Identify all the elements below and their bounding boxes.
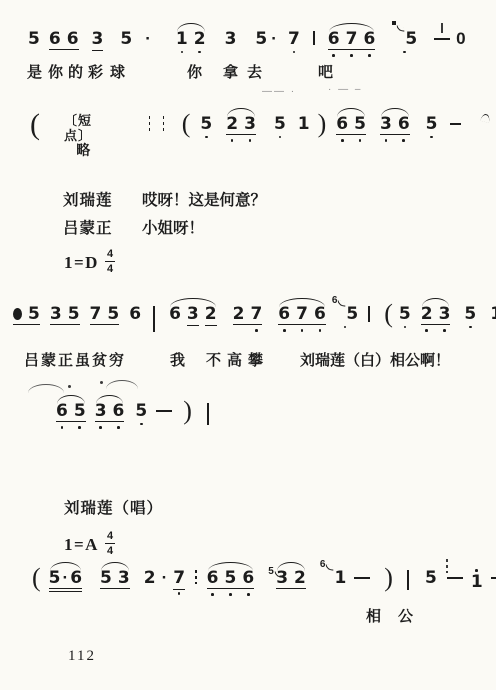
note-6: 6: [207, 569, 219, 596]
note-row: 7: [346, 30, 358, 48]
note-7: 7: [173, 569, 185, 595]
note-digit: 3: [95, 402, 107, 420]
group-row: 23: [226, 115, 256, 142]
octave-dots-below: [425, 329, 428, 332]
note-row: 3: [187, 305, 199, 323]
note-row: 2: [144, 569, 156, 587]
lyric-text: 球: [110, 64, 125, 82]
note-6: 6: [113, 402, 125, 429]
note-digit: 2: [233, 305, 245, 323]
note-digit: 6: [278, 305, 290, 323]
note-digit: 2: [144, 569, 156, 587]
note-group: 27: [233, 305, 263, 332]
note-row: 5: [28, 30, 40, 48]
octave-dots-below: [404, 326, 407, 329]
note-group: 36: [380, 115, 410, 142]
note-5: 5: [107, 305, 119, 323]
note-6: 6: [49, 30, 61, 48]
octave-dot: [430, 136, 433, 139]
note-digit: 3: [276, 569, 288, 587]
note-row: 2: [233, 305, 245, 323]
note-5: 5: [120, 30, 132, 48]
octave-dot: [359, 139, 362, 142]
annotation-bottom: 略: [76, 143, 90, 158]
group-row: 676: [328, 30, 376, 57]
group-row: 676: [278, 305, 326, 332]
octave-dots-below: [430, 136, 433, 139]
bar-line: [153, 306, 155, 332]
octave-dot: [249, 139, 252, 142]
note-row: 5: [426, 115, 438, 133]
octave-dots-below: [140, 423, 143, 426]
speaker-name: 刘瑞莲: [63, 192, 113, 209]
decor-arc: [106, 380, 138, 389]
music-text: ·: [271, 30, 277, 48]
octave-dots-below: [332, 54, 335, 57]
group-row: 12: [176, 30, 206, 53]
note-digit: 6: [49, 30, 61, 48]
note-row: 6: [328, 30, 340, 48]
parenthesis: (: [30, 111, 40, 138]
octave-dot: [403, 51, 406, 54]
note-row: 5: [392, 30, 417, 48]
octave-dot: [301, 329, 304, 332]
note-digit: 6: [398, 115, 410, 133]
note-row: 6: [129, 305, 141, 323]
parenthesis: (: [32, 566, 41, 590]
note-2: 2: [205, 305, 217, 326]
note-digit: 7: [173, 569, 185, 587]
note-5: 5: [74, 402, 86, 429]
group-beam-underline: [336, 134, 366, 135]
bar-line: [313, 31, 315, 45]
page-number: 112: [68, 648, 96, 665]
dashed-bar-line: [163, 116, 164, 131]
note-5: 5: [100, 569, 112, 587]
note-row: 5: [354, 115, 366, 133]
note-3: 3: [118, 569, 130, 587]
note-1: 1: [490, 305, 496, 323]
octave-dot: [61, 426, 64, 429]
note-row: 7: [90, 305, 102, 323]
note-group: 656: [207, 569, 255, 596]
note-5: 5: [426, 115, 438, 138]
octave-dot: [279, 136, 282, 139]
note-digit: 6: [67, 30, 79, 48]
note-2: 2: [144, 569, 156, 587]
note-row: 5: [255, 30, 267, 48]
group-beam-underline: [207, 588, 255, 589]
octave-dots-below: [178, 592, 181, 595]
key-signature-1: 1=D 44: [64, 250, 115, 276]
note-row: 5: [464, 305, 476, 323]
music-line-2: (〔短点〕略(52351)65365: [30, 115, 496, 158]
note-1: 1: [176, 30, 188, 53]
octave-dots-below: [341, 139, 344, 142]
octave-dot: [181, 51, 184, 54]
octave-dots-below: [279, 136, 282, 139]
octave-dot: [283, 329, 286, 332]
decor-dot: [100, 381, 103, 384]
lyric-text: 公: [398, 608, 413, 626]
parenthesis: (: [384, 302, 393, 326]
decor-gtext: —— ·: [262, 86, 296, 97]
octave-dots-below: [301, 329, 304, 332]
grace-digit: 6: [332, 296, 338, 306]
note-row: 2: [421, 305, 433, 323]
duration-dash: [354, 577, 370, 579]
group-beam-underline: [50, 324, 80, 325]
note-row: 5: [28, 305, 40, 323]
note-digit: 5: [49, 569, 61, 587]
group-row: 5: [13, 305, 40, 323]
beam-underline: [173, 589, 185, 590]
grace-digit: 6: [320, 560, 326, 570]
parenthesis: (: [182, 112, 191, 136]
octave-dot: [341, 139, 344, 142]
group-beam-underline: [276, 588, 306, 589]
group-row: 36: [95, 402, 125, 429]
note-5: 5: [200, 115, 212, 138]
note-7: 7: [250, 305, 262, 332]
note-row: 6: [398, 115, 410, 133]
dialog-row-2: 吕蒙正 小姐呀！: [63, 216, 113, 236]
note-5: 5: [425, 569, 437, 587]
note-digit: 3: [50, 305, 62, 323]
octave-dots-below: [469, 326, 472, 329]
note-digit: 1: [334, 569, 346, 587]
note-digit: 5: [107, 305, 119, 323]
parenthesis: ): [183, 399, 192, 423]
note-group: 75: [90, 305, 120, 323]
note-6: 6: [363, 30, 375, 57]
note-1: 1: [298, 115, 310, 133]
group-row: 632: [169, 305, 217, 326]
note-row: 3: [50, 305, 62, 323]
group-beam-underline: [90, 324, 120, 325]
time-sig-denominator: 4: [107, 544, 113, 557]
time-signature: 44: [105, 531, 115, 557]
note-6: 6: [398, 115, 410, 142]
note-row: 2: [205, 305, 217, 323]
time-sig-numerator: 4: [105, 249, 115, 262]
group-row: 32: [276, 569, 306, 587]
note-digit: 7: [296, 305, 308, 323]
octave-dots-below: [350, 54, 353, 57]
octave-dot: [205, 136, 208, 139]
octave-dot: [402, 139, 405, 142]
note-group: 36: [95, 402, 125, 429]
octave-dots-below: [344, 326, 347, 329]
grace-note: 6: [332, 296, 346, 306]
note-row: 5: [200, 115, 212, 133]
note-row: 6: [207, 569, 219, 587]
note-row: 7: [288, 30, 300, 48]
bar-line: [407, 570, 409, 590]
bar-line: [368, 306, 370, 322]
duration-dash: [156, 410, 172, 412]
note-group: 65: [56, 402, 86, 429]
note-digit: 5: [405, 30, 417, 48]
note-6: 6: [278, 305, 290, 332]
time-sig-numerator: 4: [105, 531, 115, 544]
note-digit: 6: [56, 402, 68, 420]
dialog-text: 小姐呀！: [142, 216, 204, 238]
note-group: 35: [50, 305, 80, 323]
group-row: 36: [380, 115, 410, 142]
note-group: 12: [176, 30, 206, 53]
note-group: 23: [421, 305, 451, 332]
key-prefix: 1=D: [64, 253, 99, 273]
note-row: 6: [278, 305, 290, 323]
note-6: 6: [336, 115, 348, 142]
octave-dots-below: [247, 593, 250, 596]
octave-dots-below: [99, 426, 102, 429]
solid-note-blob: [13, 308, 22, 320]
note-5: 5: [255, 30, 267, 48]
octave-dots-below: [211, 593, 214, 596]
group-row: 5·6: [49, 569, 82, 587]
octave-dots-below: [402, 139, 405, 142]
lyric-text: 去: [247, 64, 262, 82]
note-3: 3: [380, 115, 392, 142]
note-row: 5: [74, 402, 86, 420]
music-line-4: 65365): [56, 402, 209, 429]
note-2: 2: [226, 115, 238, 142]
duration-dash: [434, 38, 450, 40]
note-digit: 6: [336, 115, 348, 133]
note-5: 5: [49, 569, 61, 587]
grace-square: [392, 21, 396, 25]
note-digit: 7: [90, 305, 102, 323]
note-row: 61: [320, 569, 346, 587]
octave-dot: [425, 329, 428, 332]
note-digit: 6: [363, 30, 375, 48]
group-beam-underline: [49, 49, 79, 50]
grace-tie: [338, 300, 346, 308]
note-7: 7: [346, 30, 358, 57]
note-3: 3: [50, 305, 62, 323]
note-digit: 6: [70, 569, 82, 587]
note-6: 6: [56, 402, 68, 429]
note-digit: 5: [346, 305, 358, 323]
octave-dot: [469, 326, 472, 329]
key-signature-2: 1=A 44: [64, 532, 115, 558]
note-5: 5: [28, 30, 40, 48]
note-7: 7: [296, 305, 308, 332]
note-digit: 2: [226, 115, 238, 133]
lyric-text: 刘瑞莲（白）相公啊！: [300, 352, 450, 370]
note-digit: 2: [205, 305, 217, 323]
note-digit: 7: [346, 30, 358, 48]
note-digit: 5: [74, 402, 86, 420]
octave-dot: [211, 593, 214, 596]
beam-underline: [205, 325, 217, 326]
group-beam-underline: [226, 134, 256, 135]
note-row: 5: [120, 30, 132, 48]
lyric-text: 吕蒙正虽贫穷: [24, 352, 126, 370]
note-row: 6: [242, 569, 254, 587]
dialog-text: 哎呀！这是何意？: [142, 188, 266, 210]
note-row: 7: [173, 569, 185, 587]
note-row: 5: [100, 569, 112, 587]
octave-dot: [117, 426, 120, 429]
note-row: 3: [95, 402, 107, 420]
note-group: 23: [226, 115, 256, 142]
note-5: 5: [399, 305, 411, 328]
lyric-text: 不高攀: [206, 352, 269, 370]
note-row: 5: [68, 305, 80, 323]
music-line-5: (5·6532·765653261)51: [32, 569, 496, 596]
octave-dot: [198, 51, 201, 54]
note-digit: 5: [135, 402, 147, 420]
note-6: 6: [314, 305, 326, 332]
octave-dots-below: [229, 593, 232, 596]
note-digit: 2: [194, 30, 206, 48]
octave-dot: [247, 593, 250, 596]
note-digit: 5: [68, 305, 80, 323]
note-6: 6: [169, 305, 181, 323]
note-row: 6: [113, 402, 125, 420]
note-row: 5: [425, 569, 437, 587]
note-group: 632: [169, 305, 217, 326]
note-digit: 6: [129, 305, 141, 323]
note-5: 5: [274, 115, 286, 138]
beam-underline: [187, 325, 199, 326]
key-prefix: 1=A: [64, 535, 99, 555]
group-row: 65: [336, 115, 366, 142]
note-3: 3: [187, 305, 199, 326]
duration-dash: [491, 577, 496, 579]
note-6: 6: [242, 569, 254, 596]
note-row: 6: [70, 569, 82, 587]
note-digit: 5: [120, 30, 132, 48]
decor-dot: [68, 385, 71, 388]
note-digit: 5: [354, 115, 366, 133]
octave-dot: [229, 593, 232, 596]
note-digit: 5: [274, 115, 286, 133]
group-beam-underline: [49, 591, 82, 592]
octave-dot: [78, 426, 81, 429]
note-6: 6: [70, 569, 82, 587]
note-row: 6: [336, 115, 348, 133]
grace-note: 6: [320, 560, 334, 570]
note-row: 5: [135, 402, 147, 420]
dashed-bar-line: [195, 570, 197, 584]
note-3: 3: [244, 115, 256, 142]
dashed-bar-line: [149, 116, 150, 131]
group-beam-underline: [328, 49, 376, 50]
octave-dots-below: [359, 139, 362, 142]
lyric-text: 你: [187, 64, 202, 82]
group-beam-underline: [278, 324, 326, 325]
note-row: 65: [332, 305, 358, 323]
note-row: 3: [92, 30, 104, 48]
octave-dot: [368, 54, 371, 57]
note-5: 5: [135, 402, 147, 425]
note-digit: 5: [225, 569, 237, 587]
note-5: 65: [332, 305, 358, 328]
note-row: 5: [225, 569, 237, 587]
group-beam-underline: [380, 134, 410, 135]
note-group: 676: [278, 305, 326, 332]
note-5: 5: [68, 305, 80, 323]
octave-dots-below: [78, 426, 81, 429]
octave-dots-below: [255, 329, 258, 332]
note-digit: 3: [439, 305, 451, 323]
music-text: ·: [162, 569, 168, 587]
note-digit: 7: [250, 305, 262, 323]
note-digit: 6: [113, 402, 125, 420]
lyric-text: 相: [366, 608, 381, 626]
group-row: 35: [50, 305, 80, 323]
note-6: 6: [67, 30, 79, 48]
note-group: 532: [276, 569, 306, 587]
note-digit: 6: [242, 569, 254, 587]
note-group: 5: [13, 305, 40, 323]
octave-dots-below: [368, 54, 371, 57]
note-1: 61: [320, 569, 346, 587]
note-2: 2: [194, 30, 206, 53]
music-line-1: 56635·1235·767650: [28, 30, 466, 57]
note-row: 6: [56, 402, 68, 420]
octave-dot: [178, 592, 181, 595]
phrase-tick: [480, 113, 491, 123]
note-digit: 1: [298, 115, 310, 133]
octave-dot: [255, 329, 258, 332]
note-3: 3: [276, 569, 288, 587]
note-group: 65: [336, 115, 366, 142]
note-3: 3: [439, 305, 451, 332]
note-digit: 6: [314, 305, 326, 323]
music-text: ·: [145, 30, 151, 48]
lyric-text: 我: [170, 352, 185, 370]
note-row: 2: [194, 30, 206, 48]
octave-dot: [99, 426, 102, 429]
note-2: 2: [233, 305, 245, 323]
note-row: 3: [380, 115, 392, 133]
note-row: 7: [296, 305, 308, 323]
dialog-row-1: 刘瑞莲 哎呀！这是何意？: [63, 188, 113, 208]
duration-dash: [447, 577, 463, 579]
note-digit: 6: [328, 30, 340, 48]
group-beam-underline: [95, 421, 125, 422]
group-row: 23: [421, 305, 451, 332]
grace-tie: [397, 25, 405, 33]
lyric-text: 是: [27, 64, 42, 82]
lyric-text: 你: [48, 64, 63, 82]
note-5: 5: [464, 305, 476, 328]
octave-dot: [231, 139, 234, 142]
note-5: 5: [225, 569, 237, 596]
note-5: 5: [392, 30, 417, 53]
note-digit: 3: [118, 569, 130, 587]
time-sig-denominator: 4: [107, 262, 113, 275]
duration-dash: [450, 123, 461, 125]
octave-dots-below: [231, 139, 234, 142]
bar-line: [207, 403, 209, 425]
beam-underline: [92, 50, 104, 51]
note-digit: 5: [425, 569, 437, 587]
note-digit: 6: [207, 569, 219, 587]
note-row: 1: [176, 30, 188, 48]
note-row: 5: [49, 569, 61, 587]
speaker-name: 吕蒙正: [63, 220, 113, 237]
group-row: 656: [207, 569, 255, 596]
lyrics-row-1: 是你的彩球你拿去吧: [0, 64, 496, 84]
note-digit: 6: [169, 305, 181, 323]
note-3: 3: [92, 30, 104, 51]
